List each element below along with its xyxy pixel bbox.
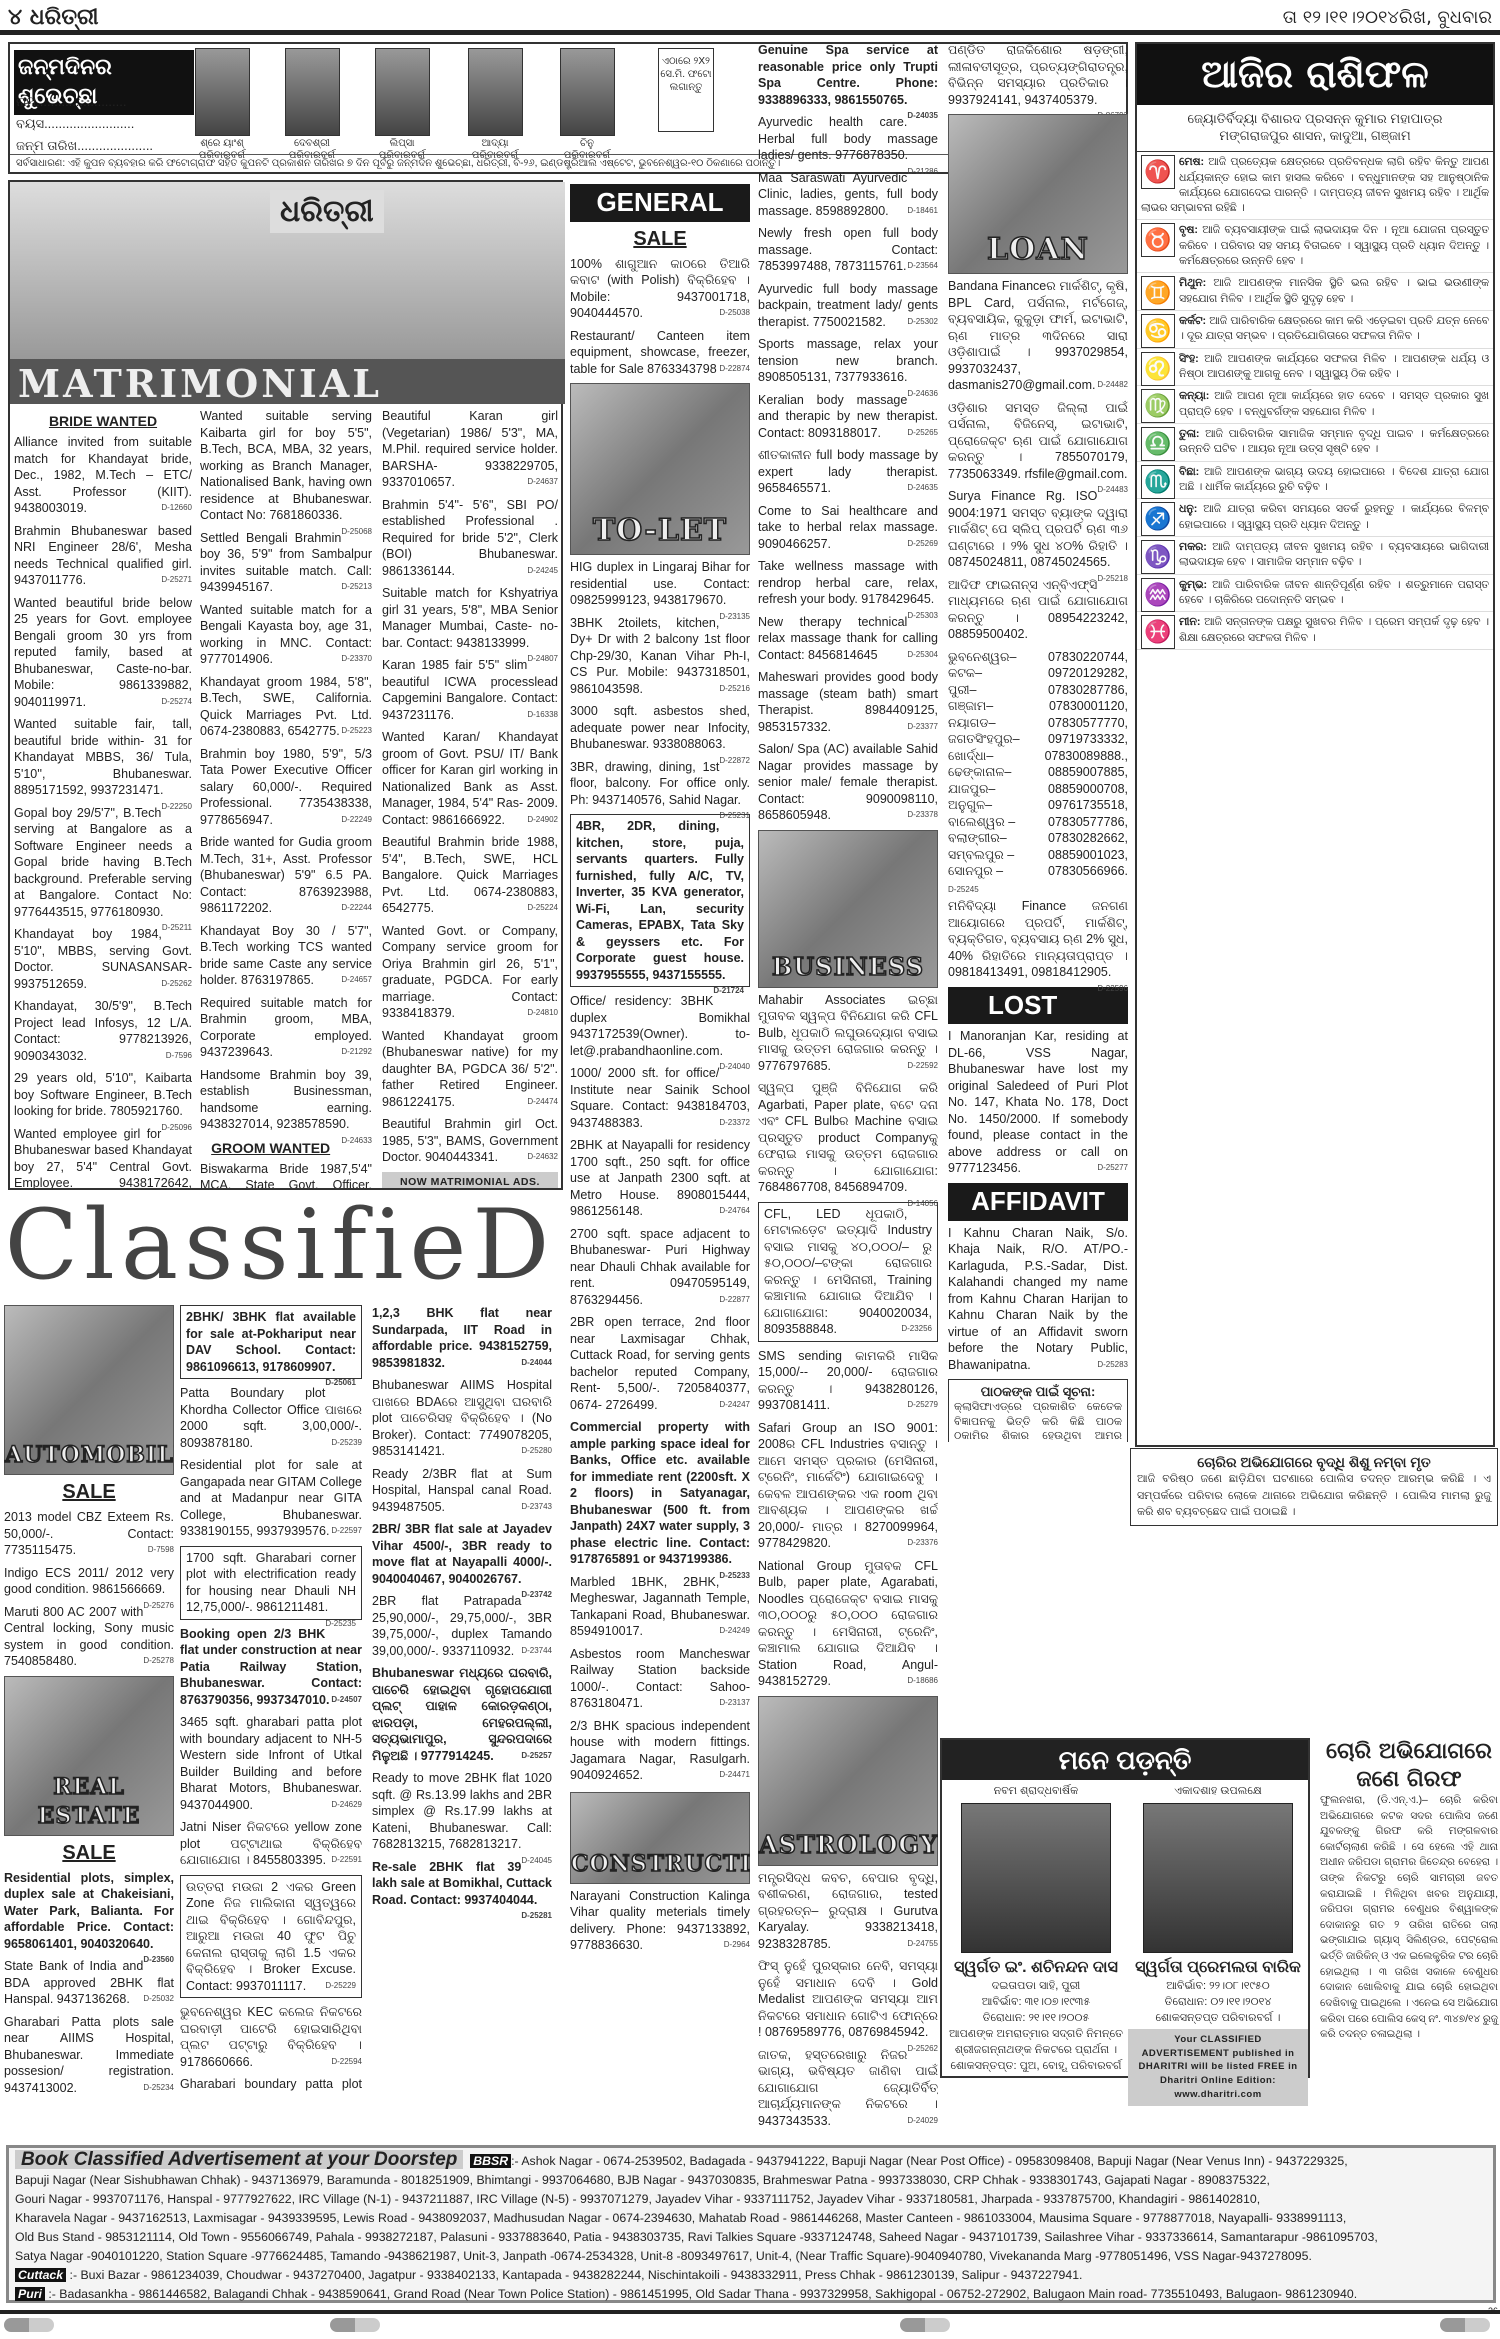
classified-ad: Commercial property with ample parking s…	[570, 1419, 750, 1568]
classified-ad: Ayurvedic full body massage backpain, tr…	[758, 281, 938, 331]
aquarius-icon: ♒	[1141, 578, 1175, 612]
classified-ad: 100% ଶାଗୁଆନ କାଠରେ ତିଆରି କବାଟ (with Polis…	[570, 256, 750, 322]
classified-ad: Mahabir Associates ଇଚ୍ଛା ମୁତାବକ ସ୍ୱଳ୍ପ ବ…	[758, 992, 938, 1075]
classified-ad: Handsome Brahmin boy 39, establish Busin…	[200, 1067, 372, 1133]
footer-line: Bapuji Nagar (Near Sishubhawan Chhak) - …	[15, 2171, 1487, 2190]
classified-ad: Gharabari Patta plots sale near AIIMS Ho…	[4, 2014, 174, 2096]
classified-ad: Settled Bengali Brahmin boy 36, 5'9" fro…	[200, 530, 372, 596]
classified-ad: 1,2,3 BHK flat near Sundarpada, IIT Road…	[372, 1305, 552, 1371]
classified-ad: Alliance invited from suitable match for…	[14, 434, 192, 517]
classified-ad: Wanted employee girl for Bhubaneswar bas…	[14, 1126, 192, 1188]
news-heading: ଚୋରିର ଅଭିଯୋଗରେ ବୃଦ୍ଧି ଶିଶୁ ନମ୍ବା ମୃତ	[1137, 1453, 1491, 1471]
classified-ad: Wanted suitable serving Kaibarta girl fo…	[200, 408, 372, 524]
district-row: ଖୋର୍ଦ୍ଧା–07830089888.,	[948, 748, 1128, 765]
construction-image: CONSTRUCTION	[570, 1792, 750, 1884]
classified-banner: ClassifieD	[0, 1190, 560, 1300]
dharitri-logo: ଧରିତ୍ରୀ	[270, 190, 384, 233]
matrimonial-col-2: Wanted suitable serving Kaibarta girl fo…	[200, 408, 372, 1188]
classified-ad: ପଣ୍ଡିତ ରାଜକିଶୋର ଷଡ଼ଙ୍ଗୀ, ଲୀଳାବତୀସୂତ୍ର, ପ…	[948, 42, 1128, 108]
classified-ad: Beautiful Brahmin girl Oct. 1985, 5'3", …	[382, 1116, 558, 1166]
footer-line: Book Classified Advertisement at your Do…	[15, 2150, 1487, 2171]
classified-ad: Suitable match for Kshyatriya girl 31 ye…	[382, 585, 558, 651]
classified-ad: Wanted suitable fair, tall, beautiful br…	[14, 716, 192, 799]
district-row: ଯାଜପୁର–08859000708,	[948, 781, 1128, 798]
theft-news-heading: ଚୋରି ଅଭିଯୋଗରେ ଜଣେ ଗିରଫ	[1320, 1738, 1498, 1793]
classified-ad: ମନ୍ତ୍ରସିଦ୍ଧ କବଚ, ବେପାର ବୃଦ୍ଧି, ବଶୀକରଣ, ର…	[758, 1870, 938, 1953]
sale-subheading: SALE	[570, 226, 750, 252]
classified-ad-boxed: CFL, LED ଧୂପକାଠି, ମେଟାଲଡ଼େଟ ଇତ୍ୟାଦି Indu…	[758, 1202, 938, 1342]
classified-ad: Salon/ Spa (AC) available Sahid Nagar pr…	[758, 741, 938, 824]
classified-ad: Wanted beautiful bride below 25 years fo…	[14, 595, 192, 711]
horoscope-sign: ♉ବୃଷ: ଆଜି ବ୍ୟବସାୟୀଙ୍କ ପାଇଁ ଲାଭଦାୟକ ଦିନ ।…	[1137, 220, 1493, 273]
classified-ad: Booking open 2/3 BHK flat under construc…	[180, 1626, 362, 1709]
district-row: କଟକ–09720129282,	[948, 665, 1128, 682]
footer-line: Puri :- Badasankha - 9861446582, Balagan…	[15, 2285, 1487, 2304]
classified-ad: 2700 sqft. space adjacent to Bhubaneswar…	[570, 1226, 750, 1309]
classified-ad: 2BR open terrace, 2nd floor near Laxmisa…	[570, 1314, 750, 1413]
classified-ad: SMS sending କାମକରି ମାସିକ 15,000/-- 20,00…	[758, 1348, 938, 1414]
classified-ad: 2BR/ 3BR flat sale at Jayadev Vihar 4500…	[372, 1521, 552, 1587]
loan-column: ପଣ୍ଡିତ ରାଜକିଶୋର ଷଡ଼ଙ୍ଗୀ, ଲୀଳାବତୀସୂତ୍ର, ପ…	[948, 42, 1128, 1442]
classified-ad: ଆଦିଫ ଫାଇନାନ୍ସ ଏନ୍‌ବିଏଫ୍‌ସି ମାଧ୍ୟମରେ ଋଣ ପ…	[948, 577, 1128, 643]
footer-line: Kharavela Nagar - 9437162513, Laxmisagar…	[15, 2209, 1487, 2228]
registration-mark	[1440, 2318, 1490, 2332]
pisces-icon: ♓	[1141, 615, 1175, 649]
district-row: ନୟାଗଡ–07830577770,	[948, 715, 1128, 732]
classified-ad: Khandayat groom 1984, 5'8", B.Tech, SWE,…	[200, 674, 372, 740]
real-estate-sale-heading: SALE	[4, 1840, 174, 1866]
classified-ad: Biswakarma Bride 1987,5'4" MCA, State Go…	[200, 1161, 372, 1188]
horoscope-section: ଆଜିର ରାଶିଫଳ ଜ୍ୟୋତିର୍ବିଦ୍ୟା ବିଶାରଦ ପ୍ରସନ୍…	[1135, 42, 1495, 1447]
classified-ad: Genuine Spa service at reasonable price …	[758, 42, 938, 108]
child-photo	[375, 48, 430, 136]
horoscope-sign: ♏ବିଛା: ଆଜି ଆପଣଙ୍କ ଭାଗ୍ୟ ଉଦୟ ହୋଇପାରେ । ବି…	[1137, 462, 1493, 500]
memorial-left: ନବମ ଶ୍ରାଦ୍ଧବାର୍ଷିକ ସ୍ୱର୍ଗତ ଇଂ. ଶଚିନନ୍ଦନ …	[946, 1784, 1126, 2075]
horoscope-author: ଜ୍ୟୋତିର୍ବିଦ୍ୟା ବିଶାରଦ ପ୍ରସନ୍ନ କୁମାର ମହାପ…	[1137, 105, 1493, 152]
reader-notice-heading: ପାଠକଙ୍କ ପାଇଁ ସୂଚନା:	[954, 1383, 1122, 1400]
classified-ad: Brahmin 5'4"- 5'6", SBI PO/ established …	[382, 497, 558, 580]
scorpio-icon: ♏	[1141, 465, 1175, 499]
classified-ad: Brahmin boy 1980, 5'9", 5/3 Tata Power E…	[200, 746, 372, 829]
dob-field: ଜନ୍ମ ତାରିଖ.....................	[16, 138, 153, 155]
classified-ad: Khandayat boy 1984, 5'10", MBBS, serving…	[14, 926, 192, 992]
aries-icon: ♈	[1141, 155, 1175, 189]
classified-ad-boxed: 2BHK/ 3BHK flat available for sale at-Po…	[180, 1305, 362, 1379]
classified-ad: 29 years old, 5'10", Kaibarta boy Softwa…	[14, 1070, 192, 1120]
classified-ad: Indigo ECS 2011/ 2012 very good conditio…	[4, 1565, 174, 1598]
edition-date: ତା ୧୨।୧୧।୨୦୧୪ରିଖ, ବୁଧବାର	[1283, 6, 1492, 29]
horoscope-sign: ♑ମକର: ଆଜି ଦାମ୍ପତ୍ୟ ଜୀବନ ସୁଖମୟ ରହିବ । ବ୍ୟ…	[1137, 537, 1493, 575]
classified-ad: Gopal boy 29/5'7", B.Tech serving at Ban…	[14, 805, 192, 921]
booking-centres-footer: Book Classified Advertisement at your Do…	[6, 2145, 1496, 2303]
classified-ad: Beautiful Karan girl (Vegetarian) 1986/ …	[382, 408, 558, 491]
photo-caption: ଚିନୁ	[547, 138, 627, 150]
classified-ad-boxed: ଉତ୍ତରା ମଉଜା 2 ଏକର Green Zone ନିଜ ମାଲିକାନ…	[180, 1875, 362, 1999]
theft-news-text: ଫୁଲନଖରା, (ଡି.ଏନ୍.ଏ.)– ଚୋରି କରିବା ଅଭିଯୋଗର…	[1320, 1793, 1498, 2043]
classified-ad: ଜାତକ, ହସ୍ତରେଖାରୁ ନିଜର ଭାଗ୍ୟ, ଭବିଷ୍ୟତ ଜାଣ…	[758, 2047, 938, 2130]
classified-ad: 3BHK 2toilets, kitchen, Dy+ Dr with 2 ba…	[570, 615, 750, 698]
classified-ad: Ready 2/3BR flat at Sum Hospital, Hanspa…	[372, 1466, 552, 1516]
classified-ad: Wanted Karan/ Khandayat groom of Govt. P…	[382, 729, 558, 828]
portrait-photo	[1143, 1803, 1293, 1953]
city-label-puri: Puri	[15, 2287, 45, 2301]
classified-ad: Ready to move 2BHK flat 1020 sqft. @ Rs.…	[372, 1770, 552, 1853]
classified-ad: Office/ residency: 3BHK duplex Bomikhal …	[570, 993, 750, 1059]
classified-ad-boxed: 4BR, 2DR, dining, kitchen, store, puja, …	[570, 814, 750, 987]
district-row: ସମ୍ବଲପୁର –08859001023,	[948, 847, 1128, 864]
classified-ad: 3000 sqft. asbestos shed, adequate power…	[570, 703, 750, 753]
classified-ad: Surya Finance Rg. ISO 9004:1971 ସମସ୍ତ ବ୍…	[948, 488, 1128, 571]
news-text: ଆଜି ବରିଷ୍ଠ ଜଣେ ଛାଡ଼ିଯିବା ଘଟଣାରେ ପୋଲିସ ତଦ…	[1137, 1471, 1491, 1521]
photo-caption: ଲିପ୍ସା	[362, 138, 442, 150]
classified-ad: HIG duplex in Lingaraj Bihar for residen…	[570, 559, 750, 609]
classified-ad: Jatni Niser ନିକଟରେ yellow zone plot ପଟ୍ଟ…	[180, 1819, 362, 1869]
classified-ad: ଓଡ଼ିଶାର ସମସ୍ତ ଜିଲ୍ଲା ପାଇଁ ପର୍ସନାଲ, ବିଜିନ…	[948, 400, 1128, 483]
adult-photo	[560, 48, 615, 136]
general-tolet-column: GENERAL SALE 100% ଶାଗୁଆନ କାଠରେ ତିଆରି କବା…	[570, 180, 750, 2095]
auto-realestate-col-1: AUTOMOBILE SALE 2013 model CBZ Exteem Rs…	[4, 1305, 174, 2095]
district-row: ବାଲେଶ୍ୱର –07830577786,	[948, 814, 1128, 831]
classified-ad: Karan 1985 fair 5'5" slim beautiful ICWA…	[382, 657, 558, 723]
name-field: ନାମ.........................	[16, 94, 126, 111]
classified-ad: Safari Group an ISO 9001: 2008ର CFL Indu…	[758, 1420, 938, 1552]
loan-image: LOAN	[948, 114, 1128, 274]
city-label-cuttack: Cuttack	[15, 2268, 66, 2282]
astrology-image: ASTROLOGY	[758, 1696, 938, 1866]
online-promo: Your CLASSIFIED ADVERTISEMENT published …	[1128, 2029, 1308, 2106]
page-number: 36	[1488, 2306, 1498, 2318]
automobile-image: AUTOMOBILE	[4, 1305, 174, 1475]
matrimonial-col-1: BRIDE WANTED Alliance invited from suita…	[14, 408, 192, 1188]
horoscope-sign: ♊ମିଥୁନ: ଆଜି ଆପଣଙ୍କ ମାନସିକ ସ୍ଥିତି ଭଲ ରହିବ…	[1137, 273, 1493, 311]
news-item: ଚୋରିର ଅଭିଯୋଗରେ ବୃଦ୍ଧି ଶିଶୁ ନମ୍ବା ମୃତ ଆଜି…	[940, 1448, 1500, 1738]
sagittarius-icon: ♐	[1141, 502, 1175, 536]
registration-mark	[330, 2318, 380, 2332]
horoscope-sign: ♍କନ୍ୟା: ଆଜି ଆପଣ ନୂଆ କାର୍ଯ୍ୟରେ ହାତ ଦେବେ ।…	[1137, 386, 1493, 424]
matrimonial-col-3: Beautiful Karan girl (Vegetarian) 1986/ …	[382, 408, 558, 1188]
theft-news: ଚୋରି ଅଭିଯୋଗରେ ଜଣେ ଗିରଫ ଫୁଲନଖରା, (ଡି.ଏନ୍.…	[1320, 1738, 1498, 2078]
classified-ad: Wanted Govt. or Company, Company service…	[382, 923, 558, 1022]
horoscope-sign: ♒କୁମ୍ଭ: ଆଜି ପାରିବାରିକ ଜୀବନ ଶାନ୍ତିପୂର୍ଣ୍ଣ…	[1137, 575, 1493, 613]
classified-ad: Wanted suitable match for a Bengali Kaya…	[200, 602, 372, 668]
header-rule	[0, 30, 1500, 35]
classified-ad: 2BR flat Patrapada 25,90,000/-, 29,75,00…	[372, 1593, 552, 1659]
affidavit-heading: AFFIDAVIT	[948, 1183, 1128, 1221]
classified-ad: Newly fresh open full body massage. Cont…	[758, 225, 938, 275]
district-phone-list: ଭୁବନେଶ୍ୱର–07830220744, କଟକ–09720129282, …	[948, 649, 1128, 897]
district-row: ଜଗତସିଂହପୁର–09719733332,	[948, 731, 1128, 748]
classified-ad: Residential plot for sale at Gangapada n…	[180, 1457, 362, 1540]
classified-ad: Restaurant/ Canteen item equipment, show…	[570, 328, 750, 378]
classified-ad: Maruti 800 AC 2007 with Central locking,…	[4, 1604, 174, 1670]
classified-ad: Required suitable match for Brahmin groo…	[200, 995, 372, 1061]
classified-ad: 1000/ 2000 sft. for office/ Institute ne…	[570, 1065, 750, 1131]
horoscope-sign: ♐ଧନୁ: ଆଜି ଯାତ୍ରା କରିବା ସମୟରେ ସତର୍କ ରୁହନ୍…	[1137, 499, 1493, 537]
horoscope-sign: ♋କର୍କଟ: ଆଜି ପାରିବାରିକ କ୍ଷେତ୍ରରେ କାମ କରି …	[1137, 311, 1493, 349]
classified-ad: Khandayat, 30/5'9", B.Tech Project lead …	[14, 998, 192, 1064]
page-label: ୪ ଧରିତ୍ରୀ	[8, 4, 99, 33]
classified-ad: ଶୀତକାଳୀନ full body massage by expert lad…	[758, 447, 938, 497]
classified-ad: 2/3 BHK spacious independent house with …	[570, 1718, 750, 1784]
matrimonial-section: ଧରିତ୍ରୀ MATRIMONIAL BRIDE WANTED Allianc…	[8, 180, 563, 1190]
footer-line: Gouri Nagar - 9937071176, Hanspal - 9777…	[15, 2190, 1487, 2209]
automobile-sale-heading: SALE	[4, 1479, 174, 1505]
libra-icon: ♎	[1141, 427, 1175, 461]
district-row: ଅନୁଗୁଳ–09761735518,	[948, 797, 1128, 814]
virgo-icon: ♍	[1141, 389, 1175, 423]
portrait-photo	[961, 1803, 1111, 1953]
health-column: Genuine Spa service at reasonable price …	[758, 42, 938, 2137]
classified-ad: Narayani Construction Kalinga Vihar qual…	[570, 1888, 750, 1954]
memorial-right: ଏକାଦଶାହ ଉପଲକ୍ଷେ ସ୍ୱର୍ଗତା ପ୍ରେମଲତା ବାରିକ …	[1128, 1784, 1308, 2106]
horoscope-title: ଆଜିର ରାଶିଫଳ	[1137, 44, 1493, 105]
classified-ad: Gharabari boundary patta plot 375/- near…	[180, 2076, 362, 2095]
classified-ad: 2013 model CBZ Exteem Rs. 50,000/-. Cont…	[4, 1509, 174, 1559]
bride-wanted-heading: BRIDE WANTED	[14, 412, 192, 430]
classified-ad: 2BHK at Nayapalli for residency 1700 sqf…	[570, 1137, 750, 1220]
classified-ad: National Group ମୁତାବକ CFL Bulb, paper pl…	[758, 1558, 938, 1690]
classified-ad: ସ୍ୱଳ୍ପ ପୁଞ୍ଜି ବିନିଯୋଗ କରି Agarbati, Pape…	[758, 1080, 938, 1196]
child-photo	[195, 48, 250, 136]
age-field: ବୟସ.........................	[16, 116, 134, 133]
footer-line: Satya Nagar -9040101220, Station Square …	[15, 2247, 1487, 2266]
classified-ad: Wanted Khandayat groom (Bhubaneswar nati…	[382, 1028, 558, 1111]
registration-mark	[4, 2318, 54, 2332]
photo-slot: ଏଠାରେ ୨X୨ ସେ.ମି. ଫଟୋ ଲଗାନ୍ତୁ	[658, 48, 714, 132]
footer-heading: Book Classified Advertisement at your Do…	[15, 2150, 463, 2169]
district-row: ଗଞ୍ଜାମ–07830001120,	[948, 698, 1128, 715]
classified-ad: I Manoranjan Kar, residing at DL-66, VSS…	[948, 1028, 1128, 1177]
classified-ad: Patta Boundary plot Khordha Collector Of…	[180, 1385, 362, 1451]
memorial-title: ମନେ ପଡ଼ନ୍ତି	[942, 1740, 1308, 1780]
capricorn-icon: ♑	[1141, 540, 1175, 574]
classified-ad: I Kahnu Charan Naik, S/o. Khaja Naik, R/…	[948, 1225, 1128, 1374]
general-heading: GENERAL	[570, 184, 750, 222]
real-estate-image: REAL ESTATE	[4, 1676, 174, 1836]
realestate-col-3: 1,2,3 BHK flat near Sundarpada, IIT Road…	[372, 1305, 552, 2095]
classified-ad: 3465 sqft. gharabari patta plot with bou…	[180, 1714, 362, 1813]
district-row: ଭୁବନେଶ୍ୱର–07830220744,	[948, 649, 1128, 666]
classified-ad: Bhubaneswar AIIMS Hospital ପାଖରେ BDAରେ ଆ…	[372, 1377, 552, 1460]
registration-mark	[900, 2318, 950, 2332]
classified-ad: ଫିସ୍ ନୁହେଁ ପୁରସ୍କାର ନେବି, ସମସ୍ୟା ନୁହେଁ ସ…	[758, 1958, 938, 2041]
classified-ad: Come to Sai healthcare and take to herba…	[758, 503, 938, 553]
reader-notice-text: କ୍ଲାସିଫାଏଡ୍‌ରେ ପ୍ରକାଶିତ କେତେକ ବିଜ୍ଞାପନକୁ…	[954, 1400, 1122, 1442]
photo-caption: ଶ୍ରେ ୟାଂଶ୍	[182, 138, 262, 150]
district-row: ଢେଙ୍କାନାଳ–08859007885,	[948, 764, 1128, 781]
child-photo	[285, 48, 340, 136]
taurus-icon: ♉	[1141, 223, 1175, 257]
footer-rule	[0, 2310, 1500, 2314]
district-row: ପୁରୀ–07830287786,	[948, 682, 1128, 699]
gemini-icon: ♊	[1141, 276, 1175, 310]
photo-caption: ଆଦ୍ୟା	[455, 138, 535, 150]
child-photo	[468, 48, 523, 136]
classified-ad: Bhubaneswar ମଧ୍ୟରେ ଘରବାରି, ପାଚେରି ହୋଇଥିବ…	[372, 1665, 552, 1764]
horoscope-sign: ♓ମୀନ: ଆଜି ସନ୍ତାନଙ୍କ ପକ୍ଷରୁ ସୁଖବର ମିଳିବ ।…	[1137, 612, 1493, 650]
realestate-col-2: 2BHK/ 3BHK flat available for sale at-Po…	[180, 1305, 362, 2095]
cancer-icon: ♋	[1141, 314, 1175, 348]
classified-ad: Sports massage, relax your tension new b…	[758, 336, 938, 386]
city-label-bbsr: BBSR	[470, 2154, 511, 2168]
classified-ad: Khandayat Boy 30 / 5'7", B.Tech working …	[200, 923, 372, 989]
horoscope-sign: ♎ତୁଳା: ଆଜି ପାରିବାରିକ ସାମାଜିକ ସମ୍ମାନ ବୃଦ୍…	[1137, 424, 1493, 462]
classified-ad: ଭୁବନେଶ୍ୱର KEC କଲେଜ ନିକଟରେ ଘରବାଡ଼ୀ ପାଟେରି…	[180, 2004, 362, 2070]
matrimonial-banner: MATRIMONIAL	[10, 359, 565, 404]
classified-ad-boxed: 1700 sqft. Gharabari corner plot with el…	[180, 1546, 362, 1620]
district-row: ସୋନପୁର –07830566966.	[948, 863, 1128, 880]
footer-line: Cuttack :- Buxi Bazar - 9861234039, Chou…	[15, 2266, 1487, 2285]
classified-ad: ମନିବିଦ୍ୟା Finance ଜନଗଣ ଆୟୋଗରେ ପ୍ରପର୍ଟି, …	[948, 898, 1128, 981]
horoscope-sign: ♈ମେଷ: ଆଜି ପ୍ରତ୍ୟେକ କ୍ଷେତ୍ରରେ ପ୍ରତିବନ୍ଧକ …	[1137, 152, 1493, 220]
leo-icon: ♌	[1141, 352, 1175, 386]
classified-ad: Bride wanted for Gudia groom M.Tech, 31+…	[200, 834, 372, 917]
photo-caption: ଦେବଶ୍ରୀ	[272, 138, 352, 150]
classified-ad: Beautiful Brahmin bride 1988, 5'4", B.Te…	[382, 834, 558, 917]
horoscope-sign: ♌ସିଂହ: ଆଜି ଆପଣଙ୍କ କାର୍ଯ୍ୟରେ ସଫଳତା ମିଳିବ …	[1137, 349, 1493, 387]
classified-ad: Asbestos room Mancheswar Railway Station…	[570, 1646, 750, 1712]
classified-ad: Maheswari provides good body massage (st…	[758, 669, 938, 735]
footer-line: Old Bus Stand - 9853121114, Old Town - 9…	[15, 2228, 1487, 2247]
to-let-image: TO-LET	[570, 383, 750, 555]
reader-notice: ପାଠକଙ୍କ ପାଇଁ ସୂଚନା: କ୍ଲାସିଫାଏଡ୍‌ରେ ପ୍ରକା…	[948, 1379, 1128, 1442]
matrimonial-notice: NOW MATRIMONIAL ADS. ONLY ON WEDNESDAY &…	[382, 1172, 558, 1189]
matrimonial-banner-image: ଧରିତ୍ରୀ MATRIMONIAL	[10, 182, 565, 404]
business-image: BUSINESS	[758, 830, 938, 988]
classified-ad: Marbled 1BHK, 2BHK, Megheswar, Jagannath…	[570, 1574, 750, 1640]
memorial-section: ମନେ ପଡ଼ନ୍ତି ନବମ ଶ୍ରାଦ୍ଧବାର୍ଷିକ ସ୍ୱର୍ଗତ ଇ…	[940, 1738, 1310, 2078]
classified-ad: Bandana Financeର ମାର୍କଶିଟ୍, କୃଷି, BPL Ca…	[948, 278, 1128, 394]
classified-ad: Brahmin Bhubaneswar based NRI Engineer 2…	[14, 523, 192, 589]
district-row: ବଲାଙ୍ଗୀର–07830282662,	[948, 830, 1128, 847]
classified-ad: Take wellness massage with rendrop herba…	[758, 558, 938, 608]
classified-ad: Residential plots, simplex, duplex sale …	[4, 1870, 174, 1953]
